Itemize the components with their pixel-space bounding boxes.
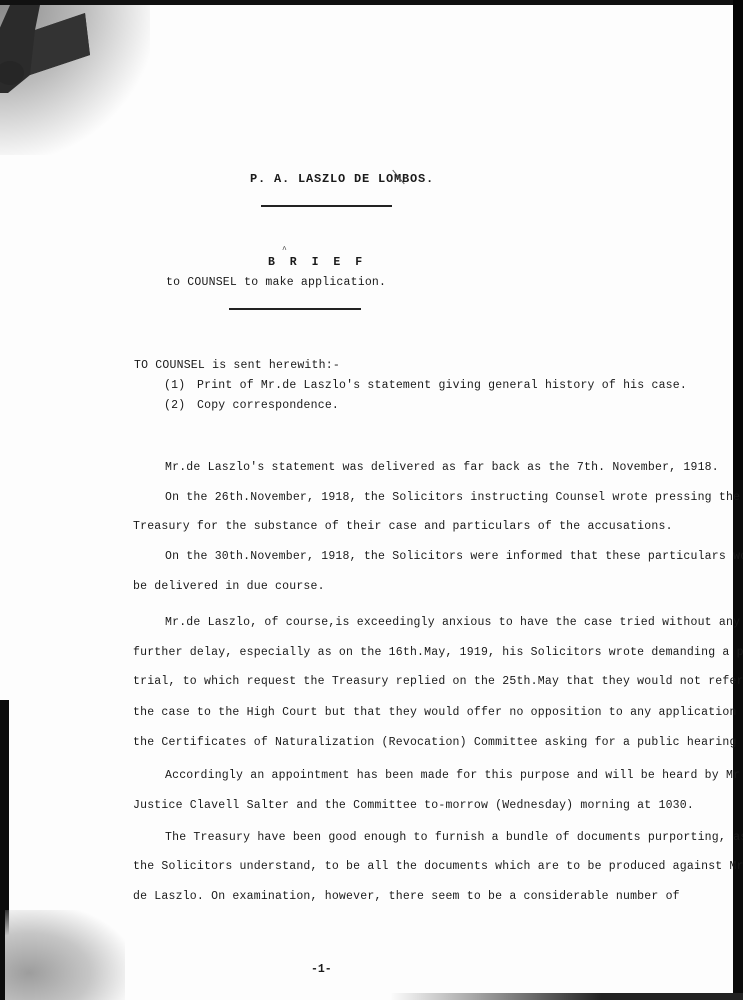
enclosure-number: (2) (164, 399, 185, 412)
body-line: The Treasury have been good enough to fu… (165, 831, 743, 844)
body-line: the Solicitors understand, to be all the… (133, 860, 743, 873)
enclosure-number: (1) (164, 379, 185, 392)
brief-subtitle: to COUNSEL to make application. (166, 276, 386, 289)
scan-right-border-upper (733, 0, 743, 480)
body-line: be delivered in due course. (133, 580, 325, 593)
enclosure-text: Print of Mr.de Laszlo's statement giving… (197, 379, 687, 392)
enclosures-intro: TO COUNSEL is sent herewith:- (134, 359, 340, 372)
brief-underline (229, 308, 361, 310)
body-line: the case to the High Court but that they… (133, 706, 743, 719)
body-line: Justice Clavell Salter and the Committee… (133, 799, 694, 812)
body-line: On the 30th.November, 1918, the Solicito… (165, 550, 743, 563)
scan-bottom-edge (390, 993, 743, 1000)
document-heading: P. A. LASZLO DE LOMBOS. (250, 172, 434, 186)
scanned-document-page: P. A. LASZLO DE LOMBOS. ^ B R I E F to C… (0, 0, 743, 1000)
page-number: -1- (311, 963, 332, 976)
body-line: the Certificates of Naturalization (Revo… (133, 736, 737, 749)
enclosure-text: Copy correspondence. (197, 399, 339, 412)
body-line: Treasury for the substance of their case… (133, 520, 673, 533)
brief-title: B R I E F (268, 256, 366, 269)
ribbon-shadow-bottom (5, 910, 125, 1000)
ribbon-tie-icon (0, 5, 100, 95)
handwritten-insertion-mark: ^ (282, 246, 287, 255)
body-line: Accordingly an appointment has been made… (165, 769, 743, 782)
body-line: Mr.de Laszlo, of course,is exceedingly a… (165, 616, 740, 629)
body-line: trial, to which request the Treasury rep… (133, 675, 743, 688)
body-line: Mr.de Laszlo's statement was delivered a… (165, 461, 719, 474)
body-line: On the 26th.November, 1918, the Solicito… (165, 491, 740, 504)
heading-underline (261, 205, 392, 207)
body-line: de Laszlo. On examination, however, ther… (133, 890, 680, 903)
body-line: further delay, especially as on the 16th… (133, 646, 743, 659)
